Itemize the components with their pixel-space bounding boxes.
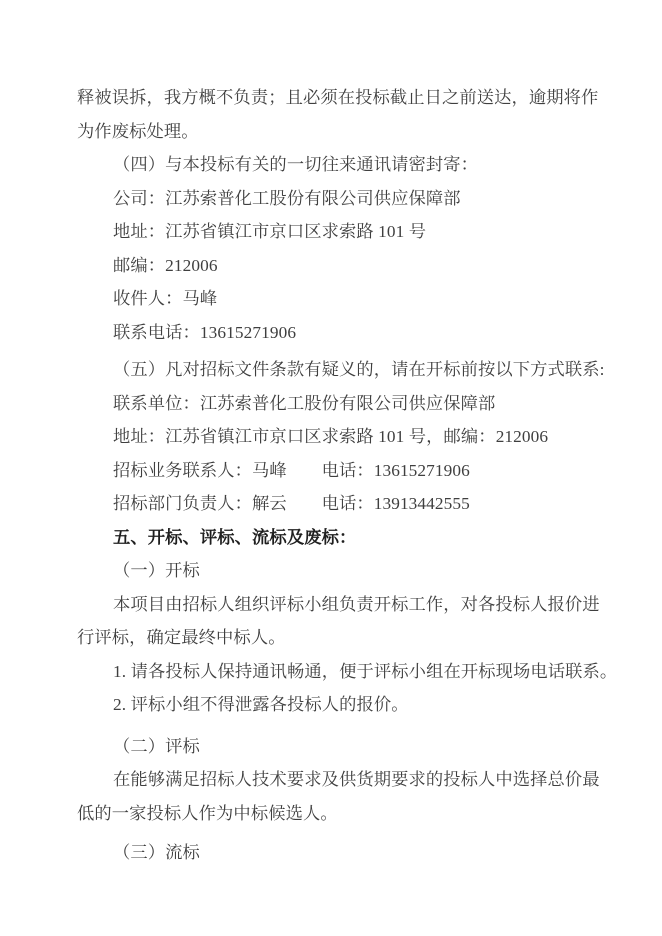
doc-line-company: 公司：江苏索普化工股份有限公司供应保障部 [77, 182, 598, 216]
doc-line-postcode: 邮编：212006 [77, 249, 598, 283]
doc-line-recipient: 收件人：马峰 [77, 282, 598, 316]
doc-section-5-heading: 五、开标、评标、流标及废标： [77, 521, 598, 555]
doc-line-bid-dept-head: 招标部门负责人：解云 电话：13913442555 [77, 487, 598, 521]
doc-line-wrapped-continuation: 释被误拆，我方概不负责；且必须在投标截止日之前送达，逾期将作 [77, 81, 598, 115]
doc-line-eval-2: 低的一家投标人作为中标候选人。 [77, 797, 598, 831]
document-viewport: 释被误拆，我方概不负责；且必须在投标截止日之前送达，逾期将作 为作废标处理。 （… [0, 0, 662, 936]
doc-line-eval-1: 在能够满足招标人技术要求及供货期要求的投标人中选择总价最 [77, 763, 598, 797]
doc-line-rule-2: 2. 评标小组不得泄露各投标人的报价。 [77, 688, 598, 722]
doc-line-paragraph-end: 为作废标处理。 [77, 115, 598, 149]
doc-line-contact-phone: 联系电话：13615271906 [77, 316, 598, 350]
doc-subsection-3-heading: （三）流标 [77, 836, 598, 870]
doc-line-open-bid-2: 行评标，确定最终中标人。 [77, 621, 598, 655]
document-page: 释被误拆，我方概不负责；且必须在投标截止日之前送达，逾期将作 为作废标处理。 （… [0, 0, 662, 936]
doc-subsection-1-heading: （一）开标 [77, 554, 598, 588]
doc-line-bid-contact: 招标业务联系人：马峰 电话：13615271906 [77, 454, 598, 488]
doc-line-rule-1: 1. 请各投标人保持通讯畅通，便于评标小组在开标现场电话联系。 [77, 655, 598, 689]
doc-line-address: 地址：江苏省镇江市京口区求索路 101 号 [77, 215, 598, 249]
doc-line-contact-unit: 联系单位：江苏索普化工股份有限公司供应保障部 [77, 387, 598, 421]
doc-line-item-4-heading: （四）与本投标有关的一切往来通讯请密封寄： [77, 148, 598, 182]
doc-line-open-bid-1: 本项目由招标人组织评标小组负责开标工作，对各投标人报价进 [77, 588, 598, 622]
doc-line-address-2: 地址：江苏省镇江市京口区求索路 101 号，邮编：212006 [77, 420, 598, 454]
doc-line-item-5-heading: （五）凡对招标文件条款有疑义的，请在开标前按以下方式联系: [77, 353, 598, 387]
doc-subsection-2-heading: （二）评标 [77, 730, 598, 764]
